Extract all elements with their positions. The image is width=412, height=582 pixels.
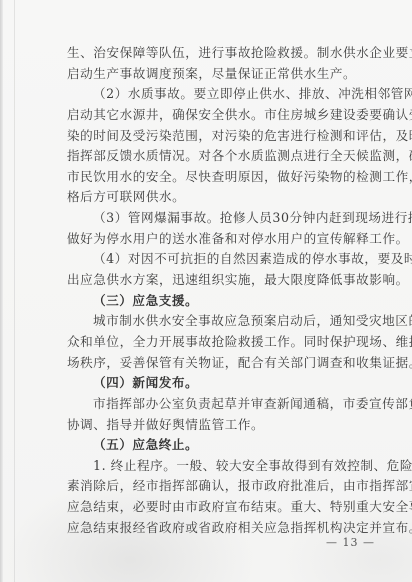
line-text: 启动生产事故调度预案，尽量保证正常供水生产。 xyxy=(67,66,356,81)
text-line: 启动生产事故调度预案，尽量保证正常供水生产。 xyxy=(67,64,369,85)
text-line: 素消除后，经市指挥部确认，报市政府批准后，由市指挥部宣布 xyxy=(67,476,369,497)
text-line: （3）管网爆漏事故。抢修人员30分钟内赶到现场进行抢修。 xyxy=(67,208,369,229)
text-line: 1. 终止程序。一般、较大安全事故得到有效控制、危险因 xyxy=(67,456,369,477)
line-text: 做好为停水用户的送水准备和对停水用户的宣传解释工作。 xyxy=(67,231,409,246)
line-text: 协调、指导并做好舆情监管工作。 xyxy=(67,417,264,432)
line-text: 应急结束报经省政府或省政府相关应急指挥机构决定并宣布。 xyxy=(67,520,412,535)
text-line: （4）对因不可抗拒的自然因素造成的停水事故，要及时提 xyxy=(67,249,369,270)
line-text: 城市制水供水安全事故应急预案启动后，通知受灾地区的群 xyxy=(93,313,412,328)
text-line: 协调、指导并做好舆情监管工作。 xyxy=(67,415,369,436)
text-line: 市民饮用水的安全。尽快查明原因，做好污染物的检测工作，合 xyxy=(67,167,369,188)
line-text: 素消除后，经市指挥部确认，报市政府批准后，由市指挥部宣布 xyxy=(67,478,412,493)
heading-text: （五）应急终止。 xyxy=(93,437,198,452)
line-text: 市民饮用水的安全。尽快查明原因，做好污染物的检测工作，合 xyxy=(67,169,412,184)
text-line: 城市制水供水安全事故应急预案启动后，通知受灾地区的群 xyxy=(67,311,369,332)
line-text: 场秩序，妥善保管有关物证，配合有关部门调查和收集证据。 xyxy=(67,355,412,370)
text-line: 启动其它水源井，确保安全供水。市住房城乡建设委要确认受污 xyxy=(67,105,369,126)
text-line: 做好为停水用户的送水准备和对停水用户的宣传解释工作。 xyxy=(67,229,369,250)
text-line: 市指挥部办公室负责起草并审查新闻通稿，市委宣传部负责 xyxy=(67,394,369,415)
line-text: 染的时间及受污染范围，对污染的危害进行检测和评估，及时向 xyxy=(67,128,412,143)
line-text: 市指挥部办公室负责起草并审查新闻通稿，市委宣传部负责 xyxy=(93,396,412,411)
text-line: 场秩序，妥善保管有关物证，配合有关部门调查和收集证据。 xyxy=(67,353,369,374)
text-line: 生、治安保障等队伍，进行事故抢险救援。制水供水企业要立即 xyxy=(67,43,369,64)
section-heading: （四）新闻发布。 xyxy=(67,373,369,394)
text-line: 染的时间及受污染范围，对污染的危害进行检测和评估，及时向 xyxy=(67,126,369,147)
scan-fold-line xyxy=(14,0,15,582)
page-number: — 13 — xyxy=(326,536,375,549)
line-text: 应急结束，必要时由市政府宣布结束。重大、特别重大安全事故 xyxy=(67,499,412,514)
text-line: 出应急供水方案，迅速组织实施，最大限度降低事故影响。 xyxy=(67,270,369,291)
line-text: 启动其它水源井，确保安全供水。市住房城乡建设委要确认受污 xyxy=(67,107,412,122)
line-text: 生、治安保障等队伍，进行事故抢险救援。制水供水企业要立即 xyxy=(67,45,412,60)
line-text: 出应急供水方案，迅速组织实施，最大限度降低事故影响。 xyxy=(67,272,409,287)
section-heading: （五）应急终止。 xyxy=(67,435,369,456)
heading-text: （四）新闻发布。 xyxy=(93,375,198,390)
text-line: 众和单位，全力开展事故抢险救援工作。同时保护现场、维护现 xyxy=(67,332,369,353)
line-text: （3）管网爆漏事故。抢修人员30分钟内赶到现场进行抢修。 xyxy=(93,210,412,225)
document-body: 生、治安保障等队伍，进行事故抢险救援。制水供水企业要立即 启动生产事故调度预案，… xyxy=(67,43,369,538)
heading-text: （三）应急支援。 xyxy=(93,293,198,308)
page-edge-shadow xyxy=(0,0,3,582)
line-text: 格后方可联网供水。 xyxy=(67,189,185,204)
line-text: 指挥部反馈水质情况。对各个水质监测点进行全天候监测，确保 xyxy=(67,148,412,163)
line-text: （2）水质事故。要立即停止供水、排放、冲洗相邻管网， xyxy=(93,86,412,101)
line-text: 1. 终止程序。一般、较大安全事故得到有效控制、危险因 xyxy=(93,458,412,473)
text-line: 应急结束报经省政府或省政府相关应急指挥机构决定并宣布。 xyxy=(67,518,369,539)
line-text: 众和单位，全力开展事故抢险救援工作。同时保护现场、维护现 xyxy=(67,334,412,349)
line-text: （4）对因不可抗拒的自然因素造成的停水事故，要及时提 xyxy=(93,251,412,266)
text-line: 格后方可联网供水。 xyxy=(67,187,369,208)
text-line: 指挥部反馈水质情况。对各个水质监测点进行全天候监测，确保 xyxy=(67,146,369,167)
section-heading: （三）应急支援。 xyxy=(67,291,369,312)
document-page: 生、治安保障等队伍，进行事故抢险救援。制水供水企业要立即 启动生产事故调度预案，… xyxy=(0,0,412,582)
text-line: （2）水质事故。要立即停止供水、排放、冲洗相邻管网， xyxy=(67,84,369,105)
text-line: 应急结束，必要时由市政府宣布结束。重大、特别重大安全事故 xyxy=(67,497,369,518)
